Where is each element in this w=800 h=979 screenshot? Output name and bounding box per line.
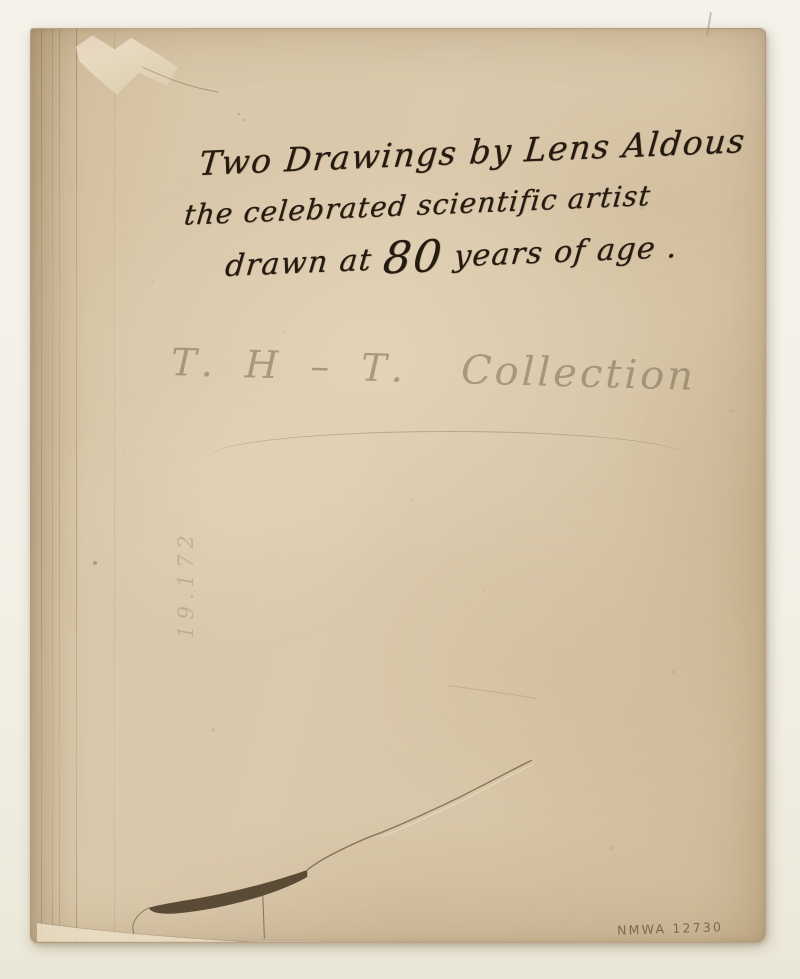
foxing-specks xyxy=(31,29,33,31)
ink-line-3-prefix: drawn at xyxy=(224,242,385,284)
ink-line-3-suffix: years of age . xyxy=(441,230,679,275)
vertical-pencil-note: 19.172 xyxy=(174,496,200,672)
collection-word: Collection xyxy=(460,347,696,400)
photo-backdrop: Two Drawings by Lens Aldous the celebrat… xyxy=(0,0,800,979)
paper-cover: Two Drawings by Lens Aldous the celebrat… xyxy=(30,28,766,943)
faint-crease xyxy=(448,685,536,698)
ink-inscription: Two Drawings by Lens Aldous the celebrat… xyxy=(178,115,744,295)
tear-crack-line xyxy=(307,760,531,870)
collection-initials: T. H – T. xyxy=(170,340,413,391)
torn-bottom-edge xyxy=(37,923,318,942)
hairline-crack xyxy=(143,67,219,92)
ink-line-3-number: 80 xyxy=(381,231,446,285)
tear-highlight xyxy=(382,764,534,837)
tear-gap xyxy=(149,870,308,914)
